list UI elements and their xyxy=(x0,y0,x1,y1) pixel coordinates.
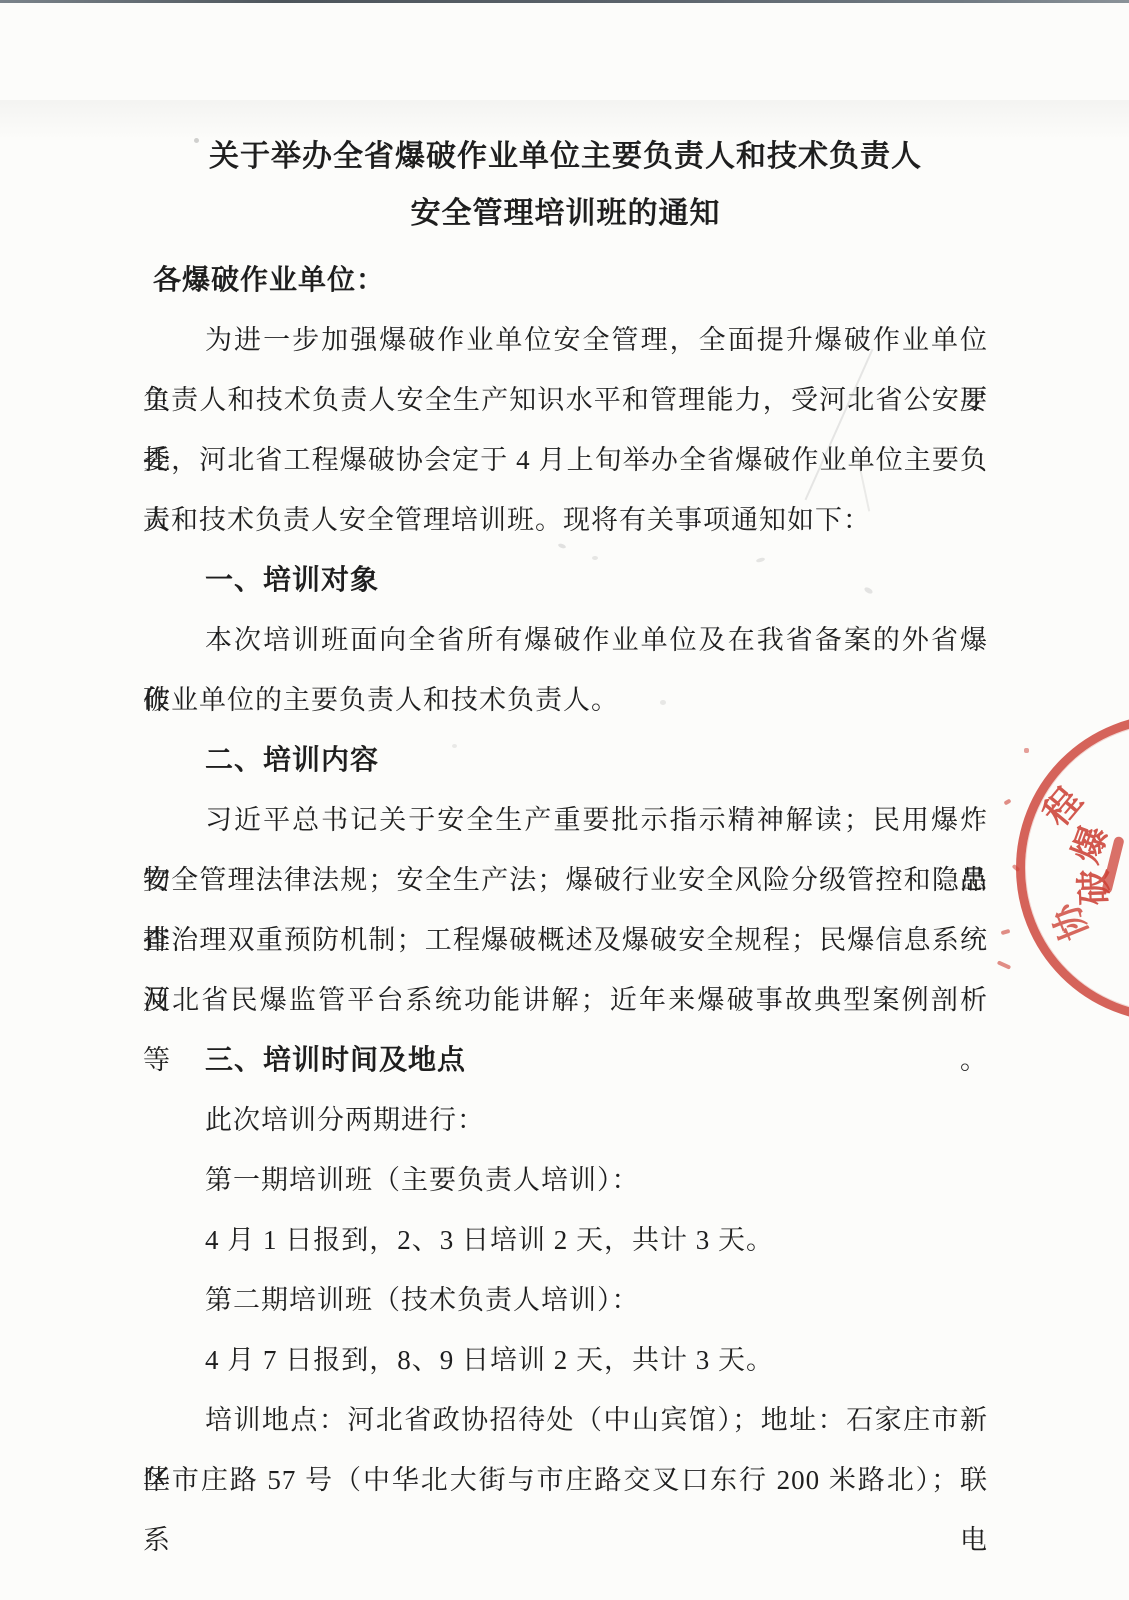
text-line: 查治理双重预防机制；工程爆破概述及爆破安全规程；民爆信息系统及 xyxy=(143,910,988,970)
seal-ink-fragment xyxy=(1101,836,1125,895)
seal-arc-char: 破 xyxy=(1066,869,1118,907)
scan-smudge xyxy=(660,700,666,705)
text-line: 此次培训分两期进行： xyxy=(143,1090,988,1150)
text-line: 4 月 1 日报到，2、3 日培训 2 天，共计 3 天。 xyxy=(143,1210,988,1270)
seal-arc-char: 程 xyxy=(1030,775,1092,835)
seal-ink-speck xyxy=(997,960,1011,969)
scanned-document-page: 关于举办全省爆破作业单位主要负责人和技术负责人 安全管理培训班的通知 各爆破作业… xyxy=(0,0,1129,1600)
section-heading: 一、培训对象 xyxy=(143,550,988,610)
text-line: 第二期培训班（技术负责人培训）： xyxy=(143,1270,988,1330)
text-line: 第一期培训班（主要负责人培训）： xyxy=(143,1150,988,1210)
seal-arc-char: 协 xyxy=(1038,896,1099,948)
scan-smudge xyxy=(194,138,199,143)
document-title-line-2: 安全管理培训班的通知 xyxy=(143,185,988,242)
seal-ink-speck xyxy=(1001,929,1011,935)
document-body: 关于举办全省爆破作业单位主要负责人和技术负责人 安全管理培训班的通知 各爆破作业… xyxy=(143,128,988,1510)
document-lines: 各爆破作业单位：为进一步加强爆破作业单位安全管理，全面提升爆破作业单位主要负责人… xyxy=(143,250,988,1510)
text-line: 培训地点：河北省政协招待处（中山宾馆）；地址：石家庄市新华 xyxy=(143,1390,988,1450)
text-line: 为进一步加强爆破作业单位安全管理，全面提升爆破作业单位主要 xyxy=(143,310,988,370)
text-line: 河北省民爆监管平台系统功能讲解；近年来爆破事故典型案例剖析等。 xyxy=(143,970,988,1030)
seal-ink-speck xyxy=(1012,864,1021,872)
seal-ink-speck xyxy=(1024,748,1029,753)
scan-smudge xyxy=(592,556,598,560)
text-line: 习近平总书记关于安全生产重要批示指示精神解读；民用爆炸物品 xyxy=(143,790,988,850)
text-line: 人和技术负责人安全管理培训班。现将有关事项通知如下： xyxy=(143,490,988,550)
seal-arc-char: 爆 xyxy=(1058,818,1118,869)
document-title-line-1: 关于举办全省爆破作业单位主要负责人和技术负责人 xyxy=(143,128,988,185)
text-line: 安全管理法律法规；安全生产法；爆破行业安全风险分级管控和隐患排 xyxy=(143,850,988,910)
seal-ring xyxy=(1016,714,1129,1022)
text-line: 区市庄路 57 号（中华北大街与市庄路交叉口东行 200 米路北）；联系电 xyxy=(143,1450,988,1510)
text-line: 本次培训班面向全省所有爆破作业单位及在我省备案的外省爆破 xyxy=(143,610,988,670)
seal-ink-speck xyxy=(1003,799,1011,806)
section-heading: 二、培训内容 xyxy=(143,730,988,790)
text-line: 作业单位的主要负责人和技术负责人。 xyxy=(143,670,988,730)
text-line: 4 月 7 日报到，8、9 日培训 2 天，共计 3 天。 xyxy=(143,1330,988,1390)
text-line: 负责人和技术负责人安全生产知识水平和管理能力，受河北省公安厅委 xyxy=(143,370,988,430)
salutation-line: 各爆破作业单位： xyxy=(153,250,988,310)
scanner-edge-artifact xyxy=(0,0,1129,3)
scan-smudge xyxy=(452,744,457,748)
